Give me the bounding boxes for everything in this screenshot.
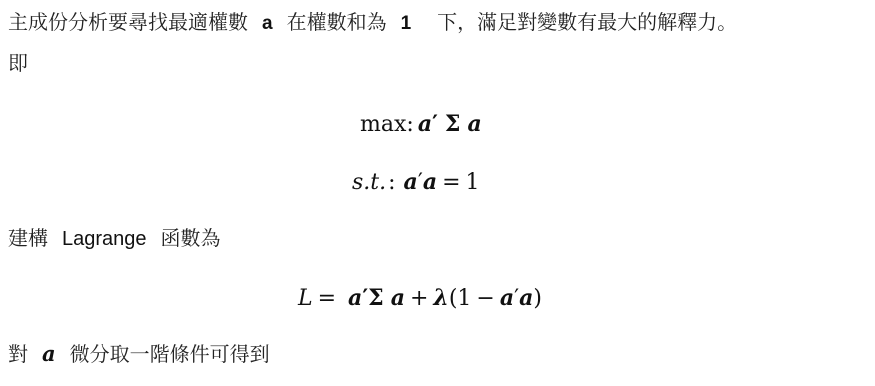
equation-constraint: s.t.:a′a=1 [352, 168, 480, 197]
paragraph-lagrange: 建構Lagrange函數為 [8, 225, 221, 252]
diff-text-2: 微分取一階條件可得到 [70, 342, 270, 366]
diff-text-1: 對 [8, 342, 28, 366]
equation-lagrangian: L=a′Σ a+λ(1−a′a) [298, 284, 542, 313]
sigma-matrix: Σ [445, 111, 461, 137]
variable-a: a [262, 13, 273, 34]
vector-a: a [519, 285, 533, 311]
equation-objective: max:a′ Σ a [360, 110, 482, 139]
lagrange-term: Lagrange [62, 228, 147, 250]
vector-a: a [348, 285, 362, 311]
paragraph-differentiate: 對a微分取一階條件可得到 [8, 341, 270, 367]
lambda: λ [433, 285, 448, 311]
prime: ′ [432, 111, 438, 137]
plus-sign: + [410, 286, 428, 311]
vector-a: a [423, 169, 437, 195]
vector-a: a [467, 111, 481, 137]
lagrange-text-1: 建構 [8, 226, 48, 250]
variable-a: a [42, 341, 56, 366]
intro-text-1: 主成份分析要尋找最適權數 [8, 10, 248, 34]
lagrangian-L: L [298, 286, 313, 311]
number-one: 1 [401, 13, 412, 34]
equals-sign: = [442, 170, 460, 195]
minus-sign: − [476, 286, 494, 311]
vector-a: a [500, 285, 514, 311]
vector-a: a [418, 111, 432, 137]
colon: : [406, 112, 413, 137]
intro-text-3: 下，滿足對變數有最大的解釋力。 [437, 10, 737, 34]
open-paren-one: (1 [449, 286, 472, 311]
subject-to: s.t. [352, 170, 386, 195]
paragraph-namely: 即 [8, 50, 28, 76]
close-paren: ) [533, 286, 542, 311]
equals-sign: = [318, 286, 336, 311]
sigma-matrix: Σ [368, 285, 384, 311]
vector-a: a [404, 169, 418, 195]
namely-text: 即 [8, 51, 28, 75]
vector-a: a [391, 285, 405, 311]
intro-text-2: 在權數和為 [287, 10, 387, 34]
rhs-value: 1 [466, 170, 480, 195]
max-operator: max [360, 112, 406, 137]
lagrange-text-2: 函數為 [161, 226, 221, 250]
colon: : [388, 170, 395, 195]
paragraph-intro: 主成份分析要尋找最適權數a在權數和為1下，滿足對變數有最大的解釋力。 [8, 9, 737, 37]
